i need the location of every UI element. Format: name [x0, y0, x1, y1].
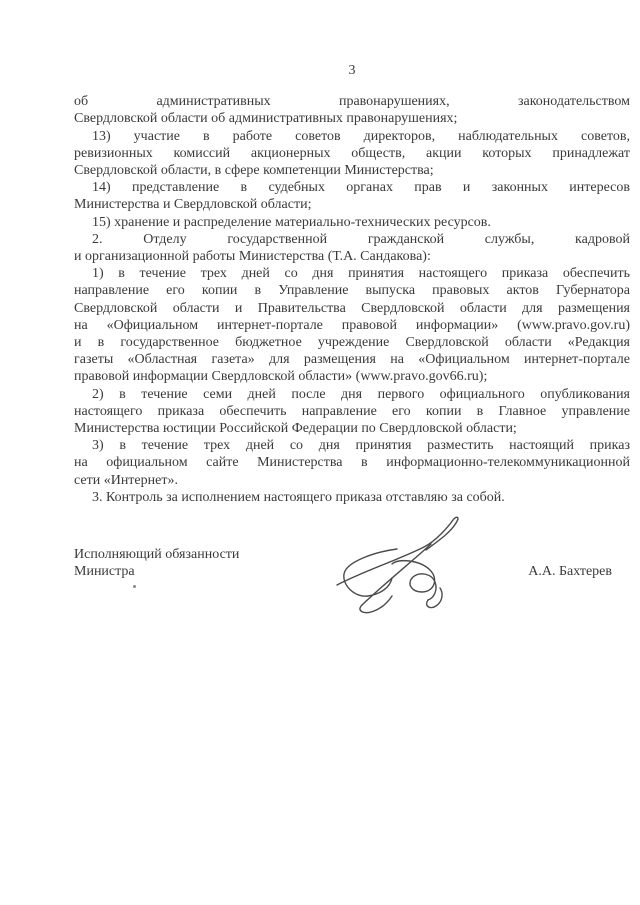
text-line: настоящего приказа обеспечить направлени…	[74, 403, 630, 420]
paragraph: 3) в течение трех дней со дня принятия р…	[74, 437, 630, 489]
scan-speck	[133, 585, 136, 588]
text-line: 2. Отделу государственной гражданской сл…	[74, 231, 630, 248]
text-line: 14) представление в судебных органах пра…	[74, 179, 630, 196]
paragraph: об административных правонарушениях, зак…	[74, 93, 630, 127]
text-line: на официальном сайте Министерства в инфо…	[74, 454, 630, 471]
signature-handwritten-icon	[336, 514, 466, 616]
text-line: ревизионных комиссий акционерных обществ…	[74, 145, 630, 162]
text-line: Свердловской области, в сфере компетенци…	[74, 162, 630, 179]
paragraph: 15) хранение и распределение материально…	[74, 214, 630, 231]
signatory-name: А.А. Бахтерев	[528, 563, 612, 580]
paragraph: 2) в течение семи дней после дня первого…	[74, 386, 630, 438]
text-line: 3) в течение трех дней со дня принятия р…	[74, 437, 630, 454]
text-line: на «Официальном интернет-портале правово…	[74, 317, 630, 334]
text-line: Свердловской области и Правительства Све…	[74, 300, 630, 317]
document-body: об административных правонарушениях, зак…	[74, 93, 630, 506]
text-line: сети «Интернет».	[74, 472, 630, 489]
text-line: 1) в течение трех дней со дня принятия н…	[74, 265, 630, 282]
paragraph: 2. Отделу государственной гражданской сл…	[74, 231, 630, 265]
signatory-title-line1: Исполняющий обязанности	[74, 546, 239, 563]
text-line: и в государственное бюджетное учреждение…	[74, 334, 630, 351]
signature-block: Исполняющий обязанности Министра А.А. Ба…	[74, 546, 630, 580]
page-number: 3	[74, 62, 630, 79]
paragraph: 3. Контроль за исполнением настоящего пр…	[74, 489, 630, 506]
signatory-title: Исполняющий обязанности Министра	[74, 546, 239, 580]
text-line: об административных правонарушениях, зак…	[74, 93, 630, 110]
text-line: Свердловской области об административных…	[74, 110, 630, 127]
text-line: Министерства и Свердловской области;	[74, 196, 630, 213]
text-line: правовой информации Свердловской области…	[74, 368, 630, 385]
paragraph: 14) представление в судебных органах пра…	[74, 179, 630, 213]
text-line: 3. Контроль за исполнением настоящего пр…	[74, 489, 630, 506]
text-line: газеты «Областная газета» для размещения…	[74, 351, 630, 368]
text-line: Министерства юстиции Российской Федераци…	[74, 420, 630, 437]
text-line: 13) участие в работе советов директоров,…	[74, 128, 630, 145]
signatory-title-line2: Министра	[74, 563, 239, 580]
text-line: и организационной работы Министерства (Т…	[74, 248, 630, 265]
paragraph: 13) участие в работе советов директоров,…	[74, 128, 630, 180]
text-line: направление его копии в Управление выпус…	[74, 282, 630, 299]
text-line: 2) в течение семи дней после дня первого…	[74, 386, 630, 403]
paragraph: 1) в течение трех дней со дня принятия н…	[74, 265, 630, 385]
text-line: 15) хранение и распределение материально…	[74, 214, 630, 231]
document-page: 3 об административных правонарушениях, з…	[0, 0, 640, 905]
document-content: 3 об административных правонарушениях, з…	[0, 0, 640, 580]
